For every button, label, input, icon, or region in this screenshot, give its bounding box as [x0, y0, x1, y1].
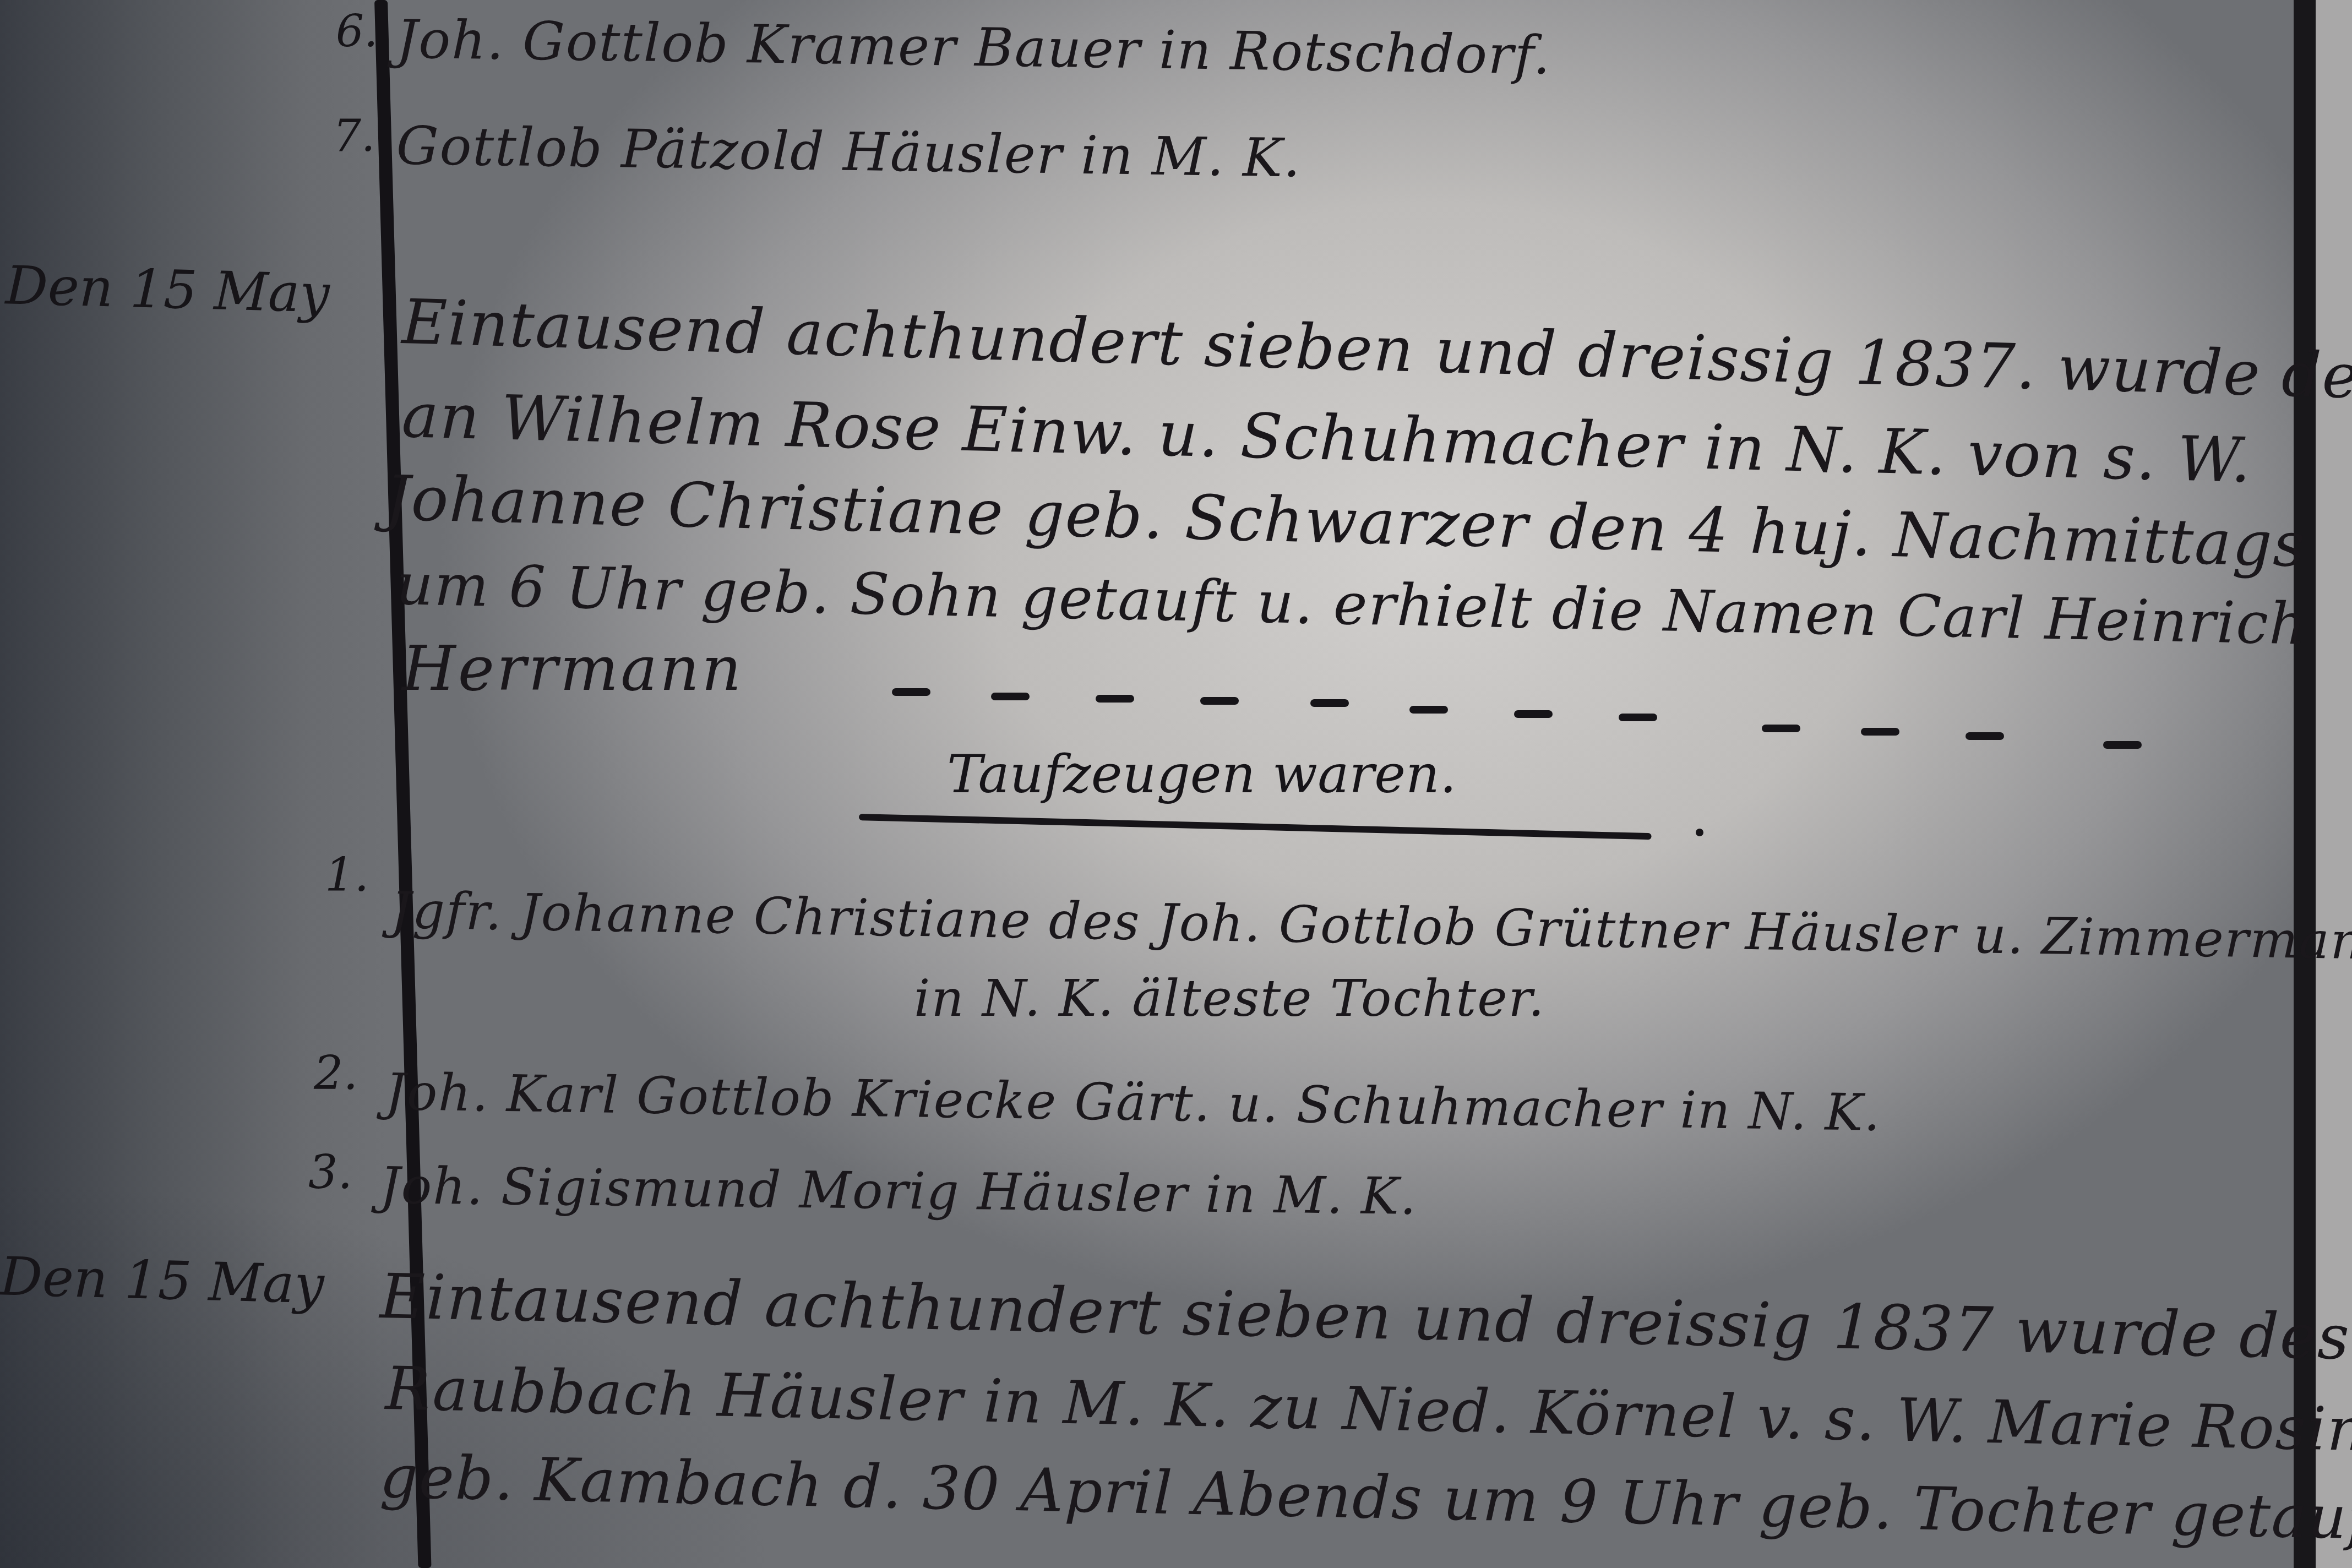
dash	[991, 693, 1030, 700]
dash	[1096, 695, 1134, 703]
sponsor-line: Joh. Sigismund Morig Häusler in M. K.	[379, 1156, 1417, 1226]
dash	[1409, 706, 1448, 714]
dash	[2103, 741, 2142, 749]
dash	[892, 688, 930, 696]
child-name-line: Herrmann	[402, 633, 743, 705]
sponsor-number: 3.	[308, 1145, 352, 1199]
dash	[1966, 732, 2004, 740]
dash	[1861, 728, 1899, 736]
heading-underline	[859, 814, 1652, 840]
sponsor-number: 6.	[336, 6, 378, 57]
dash	[1200, 697, 1239, 705]
sponsor-line: Gottlob Pätzold Häusler in M. K.	[396, 115, 1302, 189]
dash	[1310, 699, 1349, 707]
ink-dot	[1696, 829, 1703, 836]
register-page: 6. Joh. Gottlob Kramer Bauer in Rotschdo…	[0, 0, 2352, 1568]
sponsor-number: 2.	[314, 1046, 358, 1100]
dash	[1514, 710, 1553, 718]
sponsors-heading: Taufzeugen waren.	[947, 743, 1456, 805]
sponsor-line: Joh. Gottlob Kramer Bauer in Rotschdorf.	[396, 8, 1551, 86]
dash	[1762, 725, 1800, 732]
entry-date: Den 15 May	[0, 1245, 325, 1315]
sponsor-line: Jgfr. Johanne Christiane des Joh. Gottlo…	[390, 881, 2352, 971]
sponsor-number: 1.	[325, 848, 369, 902]
dash	[1619, 714, 1657, 721]
entry-date: Den 15 May	[5, 254, 330, 324]
sponsor-line: in N. K. älteste Tochter.	[914, 969, 1545, 1028]
sponsor-number: 7.	[333, 110, 375, 161]
